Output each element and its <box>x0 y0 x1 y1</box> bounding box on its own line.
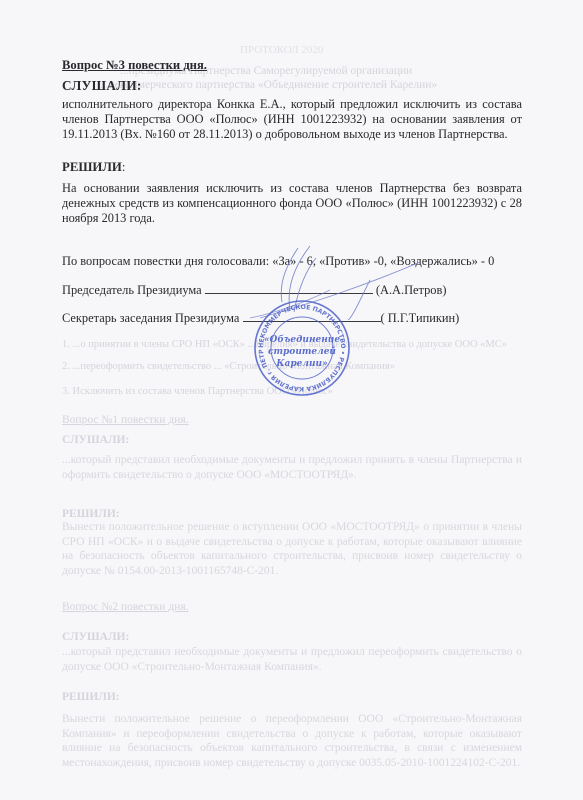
heard-label: СЛУШАЛИ: <box>62 78 142 94</box>
decided-heading: РЕШИЛИ: <box>62 160 125 175</box>
organization-stamp: НЕКОММЕРЧЕСКОЕ ПАРТНЕРСТВО • РЕСПУБЛИКА … <box>252 298 352 398</box>
bleed-through-label: СЛУШАЛИ: <box>62 630 129 644</box>
decided-colon: : <box>122 160 126 174</box>
bleed-through-heading: Вопрос №2 повестки дня. <box>62 600 189 614</box>
svg-text:«Объединение: «Объединение <box>264 334 340 345</box>
heard-paragraph: исполнительного директора Конкка Е.А., к… <box>62 97 522 142</box>
bleed-through-paragraph: Вынести положительное решение о переофор… <box>62 712 522 770</box>
question-heading: Вопрос №3 повестки дня. <box>62 58 207 73</box>
decided-paragraph: На основании заявления исключить из сост… <box>62 181 522 226</box>
bleed-through-paragraph: Вынести положительное решение о вступлен… <box>62 520 522 578</box>
bleed-through-paragraph: ...который представил необходимые докуме… <box>62 645 522 674</box>
svg-text:строителей: строителей <box>268 346 336 357</box>
signature-role: Председатель Президиума <box>62 283 202 297</box>
bleed-through-heading: Вопрос №1 повестки дня. <box>62 413 189 427</box>
scanned-document-page: ПРОТОКОЛ 2020 ...президиума Партнерства … <box>0 0 583 800</box>
bleed-through-paragraph: ...который представил необходимые докуме… <box>62 453 522 482</box>
decided-label: РЕШИЛИ <box>62 160 122 174</box>
bleed-through-title: ПРОТОКОЛ 2020 <box>240 44 323 56</box>
signature-role: Секретарь заседания Президиума <box>62 311 239 325</box>
bleed-through-label: РЕШИЛИ: <box>62 507 120 521</box>
bleed-through-line: ...некоммерческого партнерства «Объедине… <box>100 78 437 92</box>
bleed-through-label: СЛУШАЛИ: <box>62 433 129 447</box>
svg-text:Карелии»: Карелии» <box>275 359 327 369</box>
bleed-through-label: РЕШИЛИ: <box>62 690 120 704</box>
